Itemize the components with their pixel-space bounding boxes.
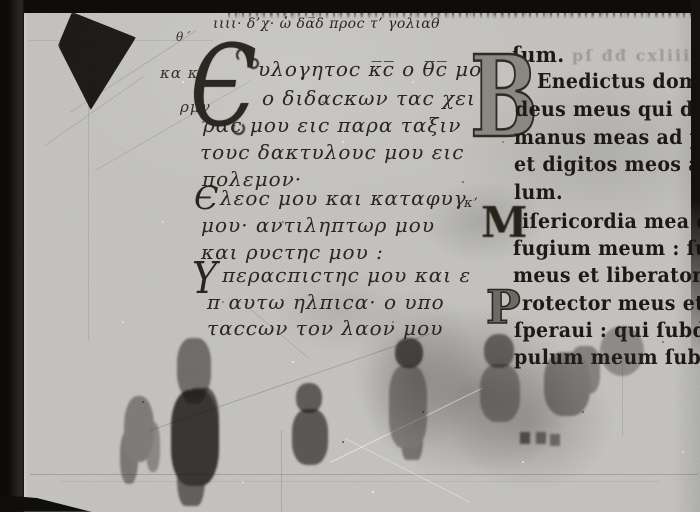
bleedthrough-figure <box>476 330 524 428</box>
latin-line: meus et liberator meus. <box>513 264 700 287</box>
greek-margin-mark-theta: θ´ <box>176 30 191 44</box>
bleedthrough-smudge <box>596 322 648 384</box>
greek-line: ο διδαϲκων ταϲ χει <box>262 86 476 110</box>
bleedthrough-figure <box>163 338 227 492</box>
ruled-line-vertical-2 <box>281 430 282 512</box>
latin-line: manus meas ad preliū: <box>514 126 700 149</box>
latin-line: rotector meus et in ipō <box>522 292 700 315</box>
greek-line: υλογητοϲ κ̅ϲ̅ ο θ̅ϲ̅ μου <box>258 57 495 81</box>
bleedthrough-smudge <box>520 428 566 450</box>
photo-border-right <box>691 0 700 360</box>
cutoff-text-descenders <box>228 12 694 19</box>
photo-border-left <box>0 0 24 512</box>
ruled-line-bottom-2 <box>60 481 660 482</box>
greek-line: περαϲπιϲτηϲ μου και ε <box>222 263 471 287</box>
latin-line: fugium meum : ſuſceptor <box>513 237 700 260</box>
bleedthrough-figure <box>286 383 334 467</box>
latin-line: et digitos meos ad bel <box>514 153 700 176</box>
latin-line: deus meus qui docet <box>515 98 700 121</box>
ruled-line-bottom <box>30 474 698 475</box>
greek-line: π αυτω ηλπιϲα· ο υπο <box>207 290 445 314</box>
greek-line: τουϲ δακτυλουϲ μου ειϲ <box>200 140 464 164</box>
greek-superscript-mark: κ’ <box>464 196 479 211</box>
bleedthrough-figure <box>116 390 166 474</box>
greek-initial-epsilon: Є <box>194 182 218 214</box>
greek-line: μου· αντιληπτωρ μου <box>201 213 435 237</box>
latin-line: iſericordia mea et re <box>522 210 700 233</box>
greek-line: ταϲϲων τον λαον μου <box>207 316 443 340</box>
greek-line: ραϲ μου ειϲ παρα ταξιν <box>203 113 461 137</box>
bleedthrough-figure <box>381 338 433 454</box>
greek-line: και ρυϲτηϲ μου : <box>201 240 384 264</box>
manuscript-photograph: ιιιι· δ’χ· ὡ δα̅δ προϲ τ’ γολιαθ θ´ κα κ… <box>0 0 700 512</box>
latin-faded-rubric: pſ đđ cxliii <box>572 46 691 65</box>
latin-line: Enedictus dominus <box>537 70 700 93</box>
greek-line: λεοϲ μου και καταφυγ <box>220 186 467 210</box>
bleedthrough-figure <box>538 346 598 426</box>
